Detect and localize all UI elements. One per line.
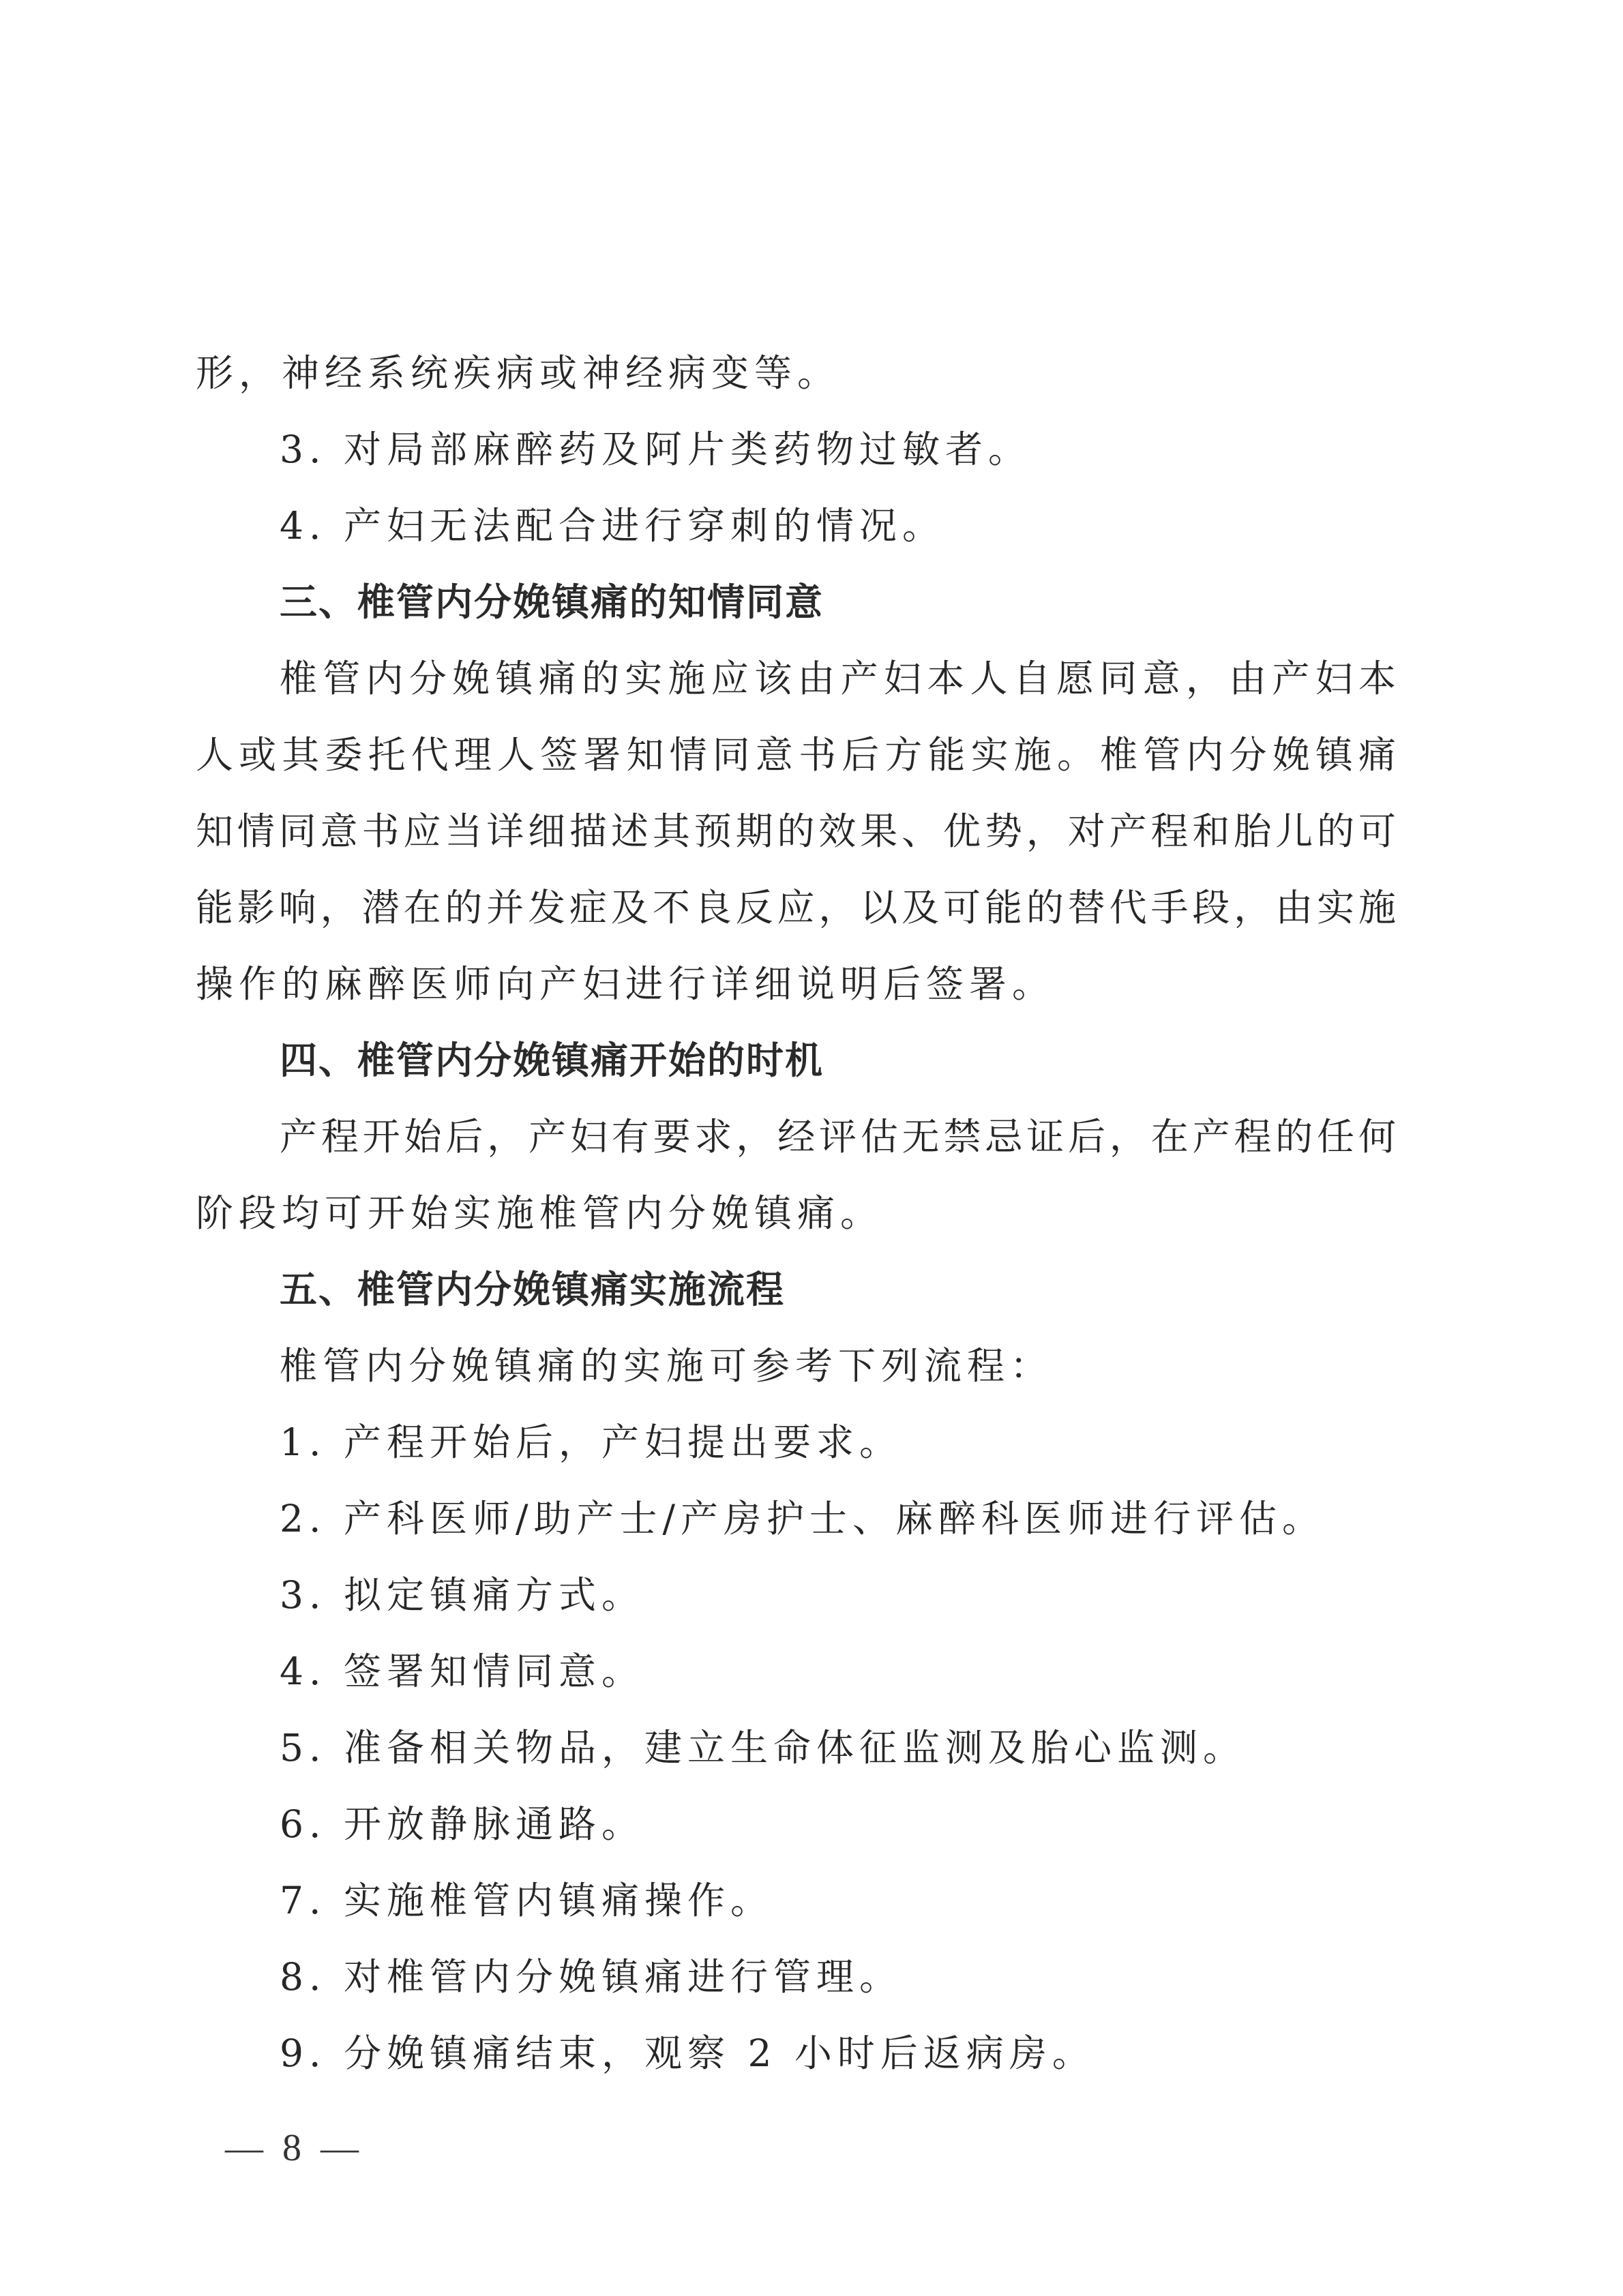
paragraph-line: 知情同意书应当详细描述其预期的效果、优势，对产程和胎儿的可	[196, 804, 1396, 859]
paragraph-line: 椎管内分娩镇痛的实施可参考下列流程：	[280, 1339, 1487, 1393]
list-item-step-6: 6. 开放静脉通路。	[280, 1797, 1487, 1851]
list-item-step-9: 9. 分娩镇痛结束，观察 2 小时后返病房。	[280, 2026, 1487, 2081]
list-item-step-1: 1. 产程开始后，产妇提出要求。	[280, 1415, 1487, 1470]
list-item-step-5: 5. 准备相关物品，建立生命体征监测及胎心监测。	[280, 1720, 1487, 1775]
list-item-step-8: 8. 对椎管内分娩镇痛进行管理。	[280, 1950, 1487, 2004]
document-page: 形，神经系统疾病或神经病变等。 3. 对局部麻醉药及阿片类药物过敏者。 4. 产…	[0, 0, 1623, 2296]
page-number: — 8 —	[225, 2121, 359, 2175]
list-item-step-2: 2. 产科医师/助产士/产房护士、麻醉科医师进行评估。	[280, 1491, 1487, 1546]
list-item-step-3: 3. 拟定镇痛方式。	[280, 1568, 1487, 1622]
paragraph-line: 操作的麻醉医师向产妇进行详细说明后签署。	[196, 957, 1403, 1011]
paragraph-line: 能影响，潜在的并发症及不良反应，以及可能的替代手段，由实施	[196, 880, 1396, 935]
section-heading-timing: 四、椎管内分娩镇痛开始的时机	[280, 1033, 1487, 1088]
list-item-step-7: 7. 实施椎管内镇痛操作。	[280, 1873, 1487, 1928]
list-item-contraindication-3: 3. 对局部麻醉药及阿片类药物过敏者。	[280, 422, 1487, 477]
paragraph-line: 人或其委托代理人签署知情同意书后方能实施。椎管内分娩镇痛	[196, 728, 1396, 782]
list-item-step-4: 4. 签署知情同意。	[280, 1644, 1487, 1699]
paragraph-line: 椎管内分娩镇痛的实施应该由产妇本人自愿同意，由产妇本	[280, 651, 1396, 706]
paragraph-line: 产程开始后，产妇有要求，经评估无禁忌证后，在产程的任何	[280, 1109, 1396, 1164]
text-line-continuation: 形，神经系统疾病或神经病变等。	[196, 346, 1403, 400]
list-item-contraindication-4: 4. 产妇无法配合进行穿刺的情况。	[280, 498, 1487, 553]
section-heading-informed-consent: 三、椎管内分娩镇痛的知情同意	[280, 575, 1487, 629]
paragraph-line: 阶段均可开始实施椎管内分娩镇痛。	[196, 1186, 1403, 1240]
section-heading-procedure: 五、椎管内分娩镇痛实施流程	[280, 1262, 1487, 1317]
